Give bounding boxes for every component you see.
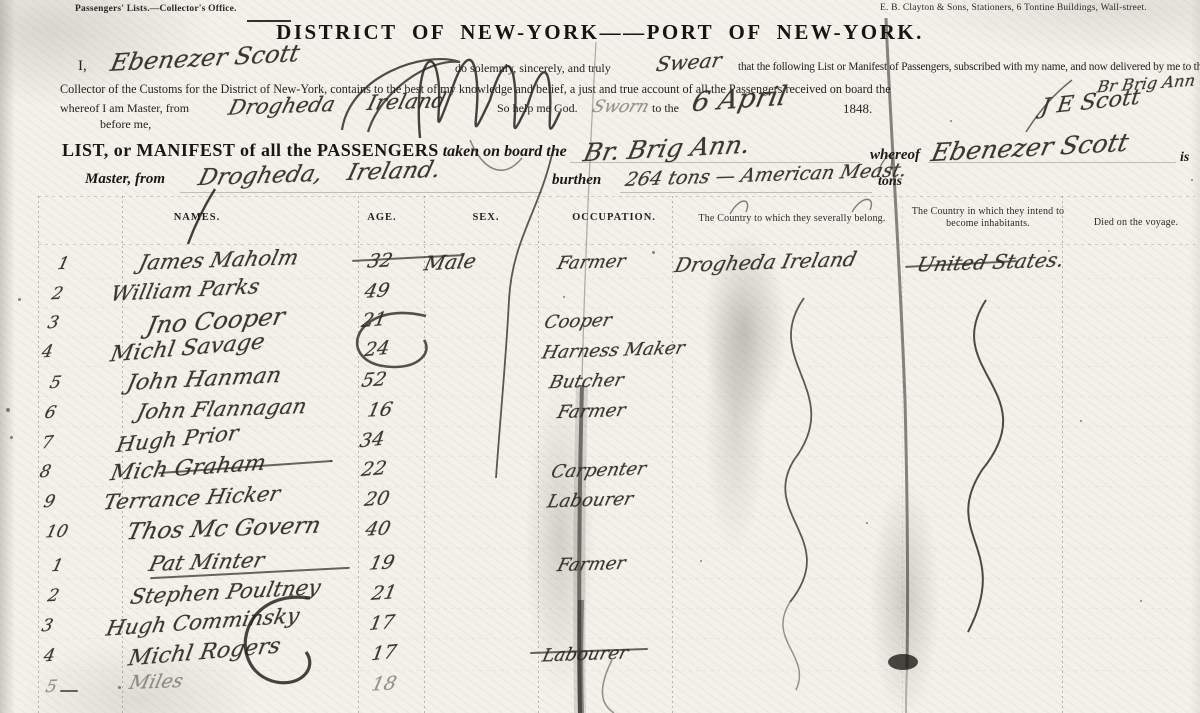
manifest-tons-label: tons	[878, 174, 902, 190]
fold-ink-blotch	[888, 654, 918, 670]
header-top-line	[38, 196, 1195, 197]
fold-crease	[886, 18, 908, 668]
oath-to-the: to the	[652, 101, 679, 116]
oath-i-label: I,	[78, 58, 87, 75]
passenger-occupation: Farmer	[555, 251, 627, 274]
passenger-sex: Male	[422, 249, 478, 276]
column-divider-line	[902, 196, 903, 713]
ink-speck	[950, 120, 952, 122]
ink-speck	[866, 522, 868, 524]
manifest-burthen-label: burthen	[552, 172, 601, 189]
passenger-age: 19	[367, 551, 396, 574]
fill-rule	[570, 162, 860, 163]
row-separator-line	[38, 578, 1195, 579]
passenger-no: 5	[44, 677, 60, 697]
passenger-occupation: Butcher	[547, 370, 626, 394]
passenger-no: 2	[50, 284, 65, 305]
ink-speck	[248, 522, 250, 524]
column-divider-line	[538, 196, 539, 713]
passenger-occupation: Cooper	[542, 310, 614, 333]
passenger-no: 5	[48, 373, 63, 394]
oath-so-help: So help me God.	[497, 101, 578, 116]
ink-speck	[330, 460, 332, 462]
passenger-age: 22	[360, 457, 389, 481]
column-header-occupation: OCCUPATION.	[572, 212, 656, 223]
manifest-heading-tail: taken on board the	[443, 143, 567, 160]
oath-before-me: before me,	[100, 117, 151, 132]
passenger-age: 40	[363, 517, 392, 540]
passenger-no: 4	[42, 646, 57, 667]
ditto-curve	[785, 460, 807, 602]
passenger-age: 17	[368, 611, 397, 635]
oath-solemnly-text: do solemnly, sincerely, and truly	[455, 61, 611, 76]
passenger-no: 3	[40, 616, 55, 637]
ink-speck	[1140, 600, 1142, 602]
ink-speck	[10, 436, 13, 439]
passenger-no: 1	[56, 254, 72, 274]
column-divider-line	[122, 196, 123, 713]
manifest-heading-lead: LIST, or MANIFEST of all the PASSENGERS	[62, 140, 439, 160]
passenger-no: 2	[46, 586, 61, 607]
collector-office-label: Passengers' Lists.—Collector's Office.	[75, 4, 237, 14]
fill-rule	[620, 192, 872, 193]
passenger-no: 3	[46, 313, 61, 334]
manifest-port-handwritten: Drogheda, Ireland.	[196, 157, 444, 191]
bottom-flourish	[602, 660, 614, 713]
passenger-occupation: Labourer	[545, 489, 635, 513]
column-header-country-inhabit-line2: become inhabitants.	[946, 218, 1030, 230]
occupation-column-stroke	[496, 150, 553, 478]
passenger-no: 6	[43, 403, 59, 423]
passenger-occupation: Farmer	[555, 400, 627, 423]
header-bottom-line	[38, 244, 1195, 245]
fill-rule	[928, 162, 1176, 163]
column-divider-line	[358, 196, 359, 713]
ink-speck	[18, 298, 21, 301]
ink-speck	[652, 251, 655, 254]
row-separator-line	[38, 670, 1195, 671]
ditto-curve	[974, 300, 1003, 470]
column-divider-line	[424, 196, 425, 713]
ink-speck	[1048, 250, 1050, 252]
pen-strike-mark	[60, 690, 78, 692]
row-separator-line	[38, 638, 1195, 639]
row-separator-line	[38, 548, 1195, 549]
manifest-is-label: is	[1180, 150, 1189, 166]
column-divider-line	[38, 196, 39, 713]
passenger-occupation: Farmer	[555, 553, 627, 576]
passenger-name: John Hanman	[124, 363, 283, 396]
ink-speck	[563, 296, 565, 298]
passenger-no: 7	[40, 432, 54, 453]
row-separator-line	[38, 366, 1195, 367]
fill-rule	[180, 192, 542, 193]
column-header-died: Died on the voyage.	[1094, 217, 1178, 229]
column-header-country-belong: The Country to which they severally belo…	[698, 213, 885, 225]
passenger-no: 9	[42, 492, 57, 513]
column-header-country-inhabit-line1: The Country in which they intend to	[912, 206, 1065, 218]
row-separator-line	[38, 608, 1195, 609]
passenger-no: 10	[44, 522, 70, 543]
oath-date-handwritten: 6 April	[689, 81, 789, 118]
oath-swear-handwritten: Swear	[654, 48, 723, 76]
oath-whereof-master: whereof I am Master, from	[60, 101, 189, 116]
column-divider-line	[1062, 196, 1063, 713]
passenger-name: Michl Rogers	[126, 634, 282, 672]
passenger-occupation: Carpenter	[549, 458, 648, 482]
ink-speck	[1191, 179, 1193, 181]
page-title: DISTRICT OF NEW-YORK——PORT OF NEW-YORK.	[0, 20, 1200, 45]
passenger-age: 17	[370, 641, 398, 665]
oath-signature-handwritten: J E Scott	[1039, 85, 1142, 120]
manifest-master-from-label: Master, from	[85, 171, 165, 188]
passenger-age: 21	[360, 308, 389, 332]
column-divider-line	[672, 196, 673, 713]
passenger-age: 49	[363, 279, 392, 303]
passenger-name: Michl Savage	[108, 329, 266, 367]
passenger-no: 8	[38, 462, 53, 483]
column-header-names: NAMES.	[174, 212, 221, 223]
row-separator-line	[38, 337, 1195, 338]
passenger-name: Thos Mc Govern	[124, 513, 323, 546]
row-separator-line	[38, 456, 1195, 457]
ink-speck	[700, 560, 702, 562]
passenger-occupation: Harness Maker	[540, 338, 687, 364]
passenger-name: James Maholm	[137, 245, 302, 274]
ditto-curve	[791, 298, 811, 460]
passenger-no: 1	[50, 556, 66, 576]
ink-speck	[1080, 420, 1082, 422]
row-separator-line	[38, 426, 1195, 427]
passenger-age: 52	[360, 368, 389, 392]
passenger-belong: Drogheda Ireland	[672, 247, 859, 277]
row-separator-line	[38, 307, 1195, 308]
passenger-age: 16	[365, 398, 394, 421]
passenger-age: 24	[363, 337, 391, 361]
column-header-sex: SEX.	[472, 212, 499, 223]
ink-speck	[118, 686, 121, 689]
passenger-name: John Flannagan	[134, 394, 309, 424]
passenger-age: 20	[363, 487, 392, 511]
row-separator-line	[38, 278, 1195, 279]
passenger-occupation: Labourer	[540, 643, 630, 667]
row-separator-line	[38, 396, 1195, 397]
oath-year: 1848.	[843, 101, 872, 117]
ditto-curve	[783, 602, 800, 690]
stationer-imprint: E. B. Clayton & Sons, Stationers, 6 Tont…	[880, 3, 1147, 13]
oath-line1-rest: that the following List or Manifest of P…	[738, 61, 1200, 73]
row-separator-line	[38, 486, 1195, 487]
passenger-name: Miles	[127, 670, 185, 694]
row-separator-line	[38, 516, 1195, 517]
passenger-no: 4	[40, 342, 55, 363]
ink-speck	[6, 408, 10, 412]
column-header-age: AGE.	[367, 212, 396, 223]
passenger-age: 21	[370, 581, 399, 605]
header-flourish	[852, 199, 871, 212]
fold-crease	[906, 668, 907, 713]
passenger-age: 18	[369, 672, 398, 695]
manifest-burthen-value-handwritten: 264 tons — American Meast.	[623, 159, 909, 191]
oath-sworn-handwritten: Sworn	[590, 97, 652, 117]
passenger-manifest-document: Passengers' Lists.—Collector's Office. E…	[0, 0, 1200, 713]
passenger-age: 34	[358, 428, 386, 453]
